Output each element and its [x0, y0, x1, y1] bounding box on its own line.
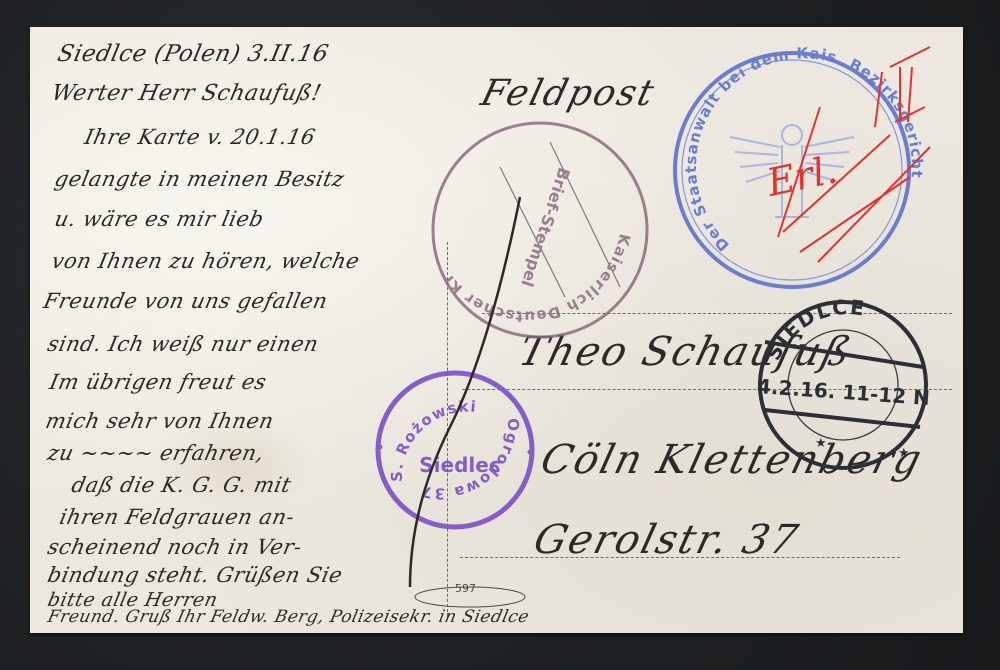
svg-text:Kaiserlich Deutscher Kreischef: Kaiserlich Deutscher Kreischef * Siedlce…	[438, 232, 963, 447]
shop-stamp: S. Rożowski Siedlec Ogrodowa 37	[378, 373, 533, 527]
stamps-layer: Der Staatsanwalt bei dem Kais. Bezirksge…	[30, 27, 963, 633]
siedlce-postmark: SIEDLCE 4.2.16. 11-12 N ★ ★	[756, 295, 930, 468]
svg-text:Der Staatsanwalt bei dem Kais.: Der Staatsanwalt bei dem Kais. Bezirksge…	[30, 27, 926, 255]
red-annotation: Erl.	[762, 47, 930, 262]
postcard: Siedlce (Polen) 3.II.16 Werter Herr Scha…	[30, 27, 963, 633]
printed-number: 597	[455, 582, 476, 595]
censor-inner-text: Brief-Stempel	[517, 165, 573, 289]
censor-outer-text: Kaiserlich Deutscher Kreischef * Siedlce…	[438, 232, 963, 447]
svg-text:★: ★	[815, 436, 827, 451]
postmark-date: 4.2.16. 11-12 N	[756, 374, 930, 410]
red-annotation-text: Erl.	[762, 147, 841, 205]
svg-text:★: ★	[898, 446, 910, 461]
prosecutor-seal-text: Der Staatsanwalt bei dem Kais. Bezirksge…	[30, 27, 926, 255]
